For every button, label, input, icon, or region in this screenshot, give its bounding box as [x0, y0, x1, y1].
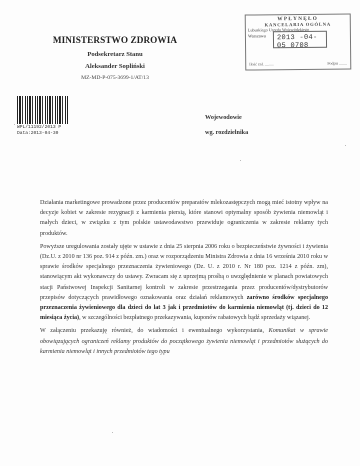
position-title: Podsekretarz Stanu: [40, 51, 190, 58]
stamp-attachments: Ilość zał. .........: [249, 61, 273, 66]
stamp-signature: Podpis ........: [327, 60, 347, 65]
stamp-city: Warszawa: [248, 33, 266, 38]
recipient-line1: Wojewodowie: [205, 114, 242, 121]
paragraph-1: Działania marketingowe prowadzone przez …: [40, 198, 328, 239]
paragraph-2-start: Powyższe uregulowania zostały ujęte w us…: [40, 244, 328, 301]
scan-speck: [14, 124, 15, 125]
paragraph-2: Powyższe uregulowania zostały ujęte w us…: [40, 242, 328, 324]
paragraph-3-start: W załączeniu przekazuję również, do wiad…: [40, 328, 269, 334]
received-stamp: WPŁYNĘŁO KANCELARIA OGÓLNA Lubuskiego Ur…: [245, 13, 352, 70]
barcode-icon: [17, 96, 69, 124]
recipient-line2: wg. rozdzielnika: [205, 129, 248, 136]
signatory-name: Aleksander Sopliński: [40, 63, 190, 70]
barcode-code: WPL/11192/2013 P: [17, 125, 61, 130]
stamp-date-box: 2013 -04- 05 0708: [273, 31, 327, 49]
paragraph-2-end: , w szczególności bezpłatnego przekazywa…: [79, 315, 310, 321]
scan-speck: [240, 160, 241, 161]
stamp-date: 2013 -04- 05 0708: [277, 34, 326, 51]
ministry-title: MINISTERSTWO ZDROWIA: [40, 35, 190, 45]
letter-body: Działania marketingowe prowadzone przez …: [40, 198, 328, 360]
reference-number: MZ-MD-P-075-3699-1/AT/13: [40, 75, 190, 81]
scan-speck: [112, 432, 113, 433]
paragraph-3: W załączeniu przekazuję również, do wiad…: [40, 326, 328, 357]
scan-speck: [345, 145, 346, 146]
barcode-date: Data:2013-04-30: [17, 131, 58, 136]
